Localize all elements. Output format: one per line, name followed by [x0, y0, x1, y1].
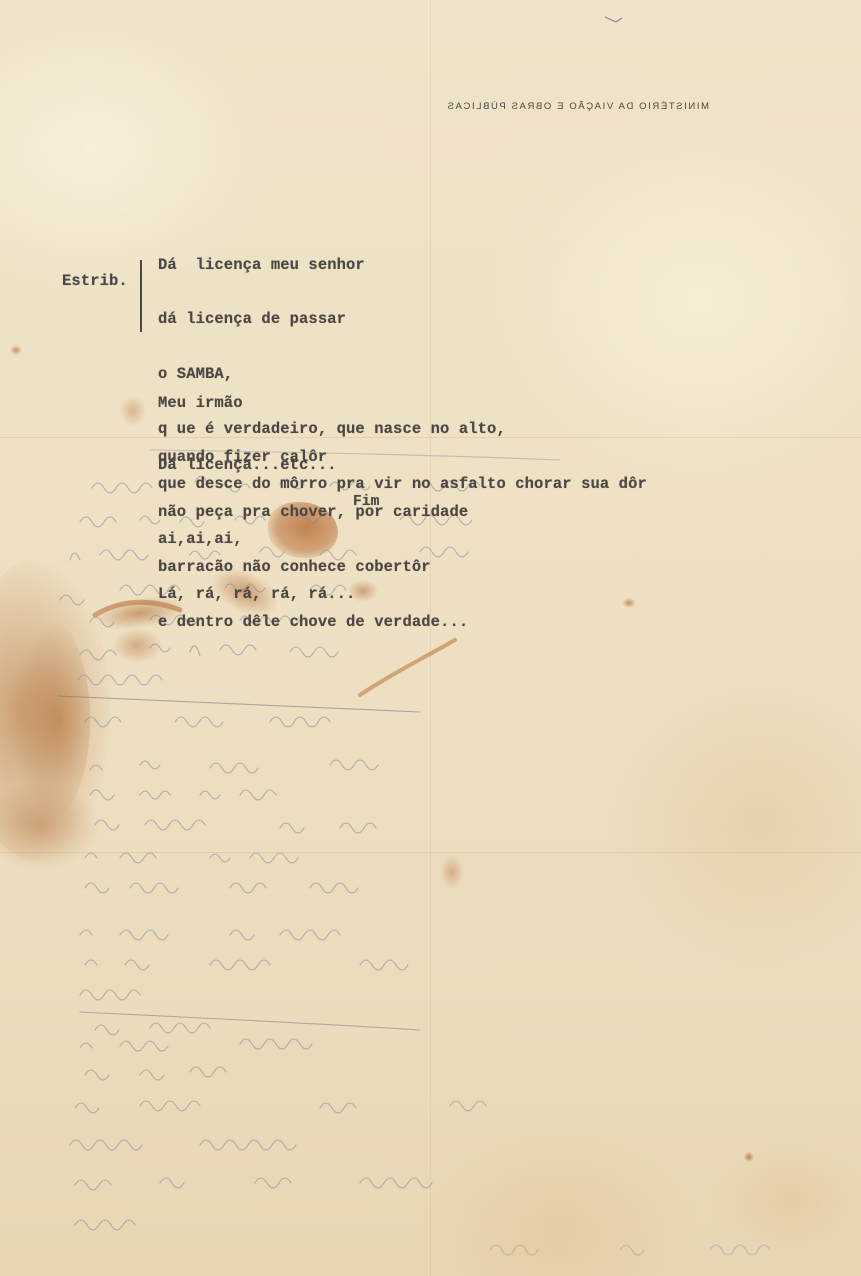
stain [10, 620, 90, 820]
refrain-repeat: Dá licença...etc... [158, 456, 337, 474]
stain [112, 628, 162, 663]
stain [120, 396, 146, 426]
document-page: MINISTÉRIO DA VIAÇÃO E OBRAS PÚBLICAS [0, 0, 861, 1276]
lyric-line: barracão não conhece cobertôr [158, 558, 468, 576]
lyric-line: dá licença de passar [158, 310, 647, 328]
lyric-line: Meu irmão [158, 394, 468, 412]
corner-pencil-mark [604, 15, 624, 24]
stanza-verse: Meu irmão quando fizer calôr não peça pr… [158, 357, 468, 668]
margin-label-estribilho: Estrib. [62, 272, 128, 290]
stain [10, 345, 22, 355]
lyric-line: Dá licença meu senhor [158, 256, 647, 274]
stain [0, 560, 110, 860]
stain [744, 1152, 754, 1162]
end-mark: Fim [353, 493, 379, 511]
stain [440, 855, 464, 889]
lyric-line: não peça pra chover, por caridade [158, 503, 468, 521]
chorus-bracket [140, 260, 142, 332]
letterhead-mirrored: MINISTÉRIO DA VIAÇÃO E OBRAS PÚBLICAS [446, 101, 709, 112]
lyric-line: e dentro dêle chove de verdade... [158, 613, 468, 631]
stain [0, 780, 100, 870]
